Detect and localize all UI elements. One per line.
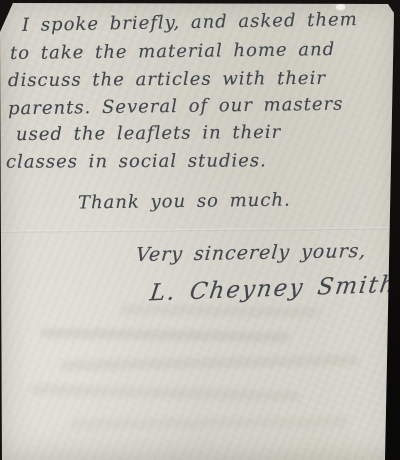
bleedthrough-ghost [70, 417, 350, 429]
signature: L. Cheyney Smith [148, 272, 398, 307]
closing-line: Very sincerely yours, [135, 240, 367, 266]
letter-line: classes in social studies. [6, 150, 267, 172]
letter-line: parents. Several of our masters [8, 94, 344, 120]
letter-line: used the leaflets in their [16, 122, 281, 145]
paper-crease-horizontal [0, 227, 400, 233]
letter-line: to take the material home and [10, 39, 335, 64]
paper-blemish [336, 4, 345, 10]
bleedthrough-ghost [40, 328, 290, 342]
acknowledgement-line: Thank you so much. [78, 190, 291, 214]
letter-line: I spoke briefly, and asked them [22, 9, 358, 36]
letter-line: discuss the articles with their [8, 68, 326, 91]
letter-page: I spoke briefly, and asked them to take … [0, 0, 400, 460]
bleedthrough-ghost [120, 304, 320, 317]
bleedthrough-ghost [30, 384, 300, 401]
scan-background: I spoke briefly, and asked them to take … [0, 0, 400, 460]
bleedthrough-ghost [60, 355, 360, 370]
